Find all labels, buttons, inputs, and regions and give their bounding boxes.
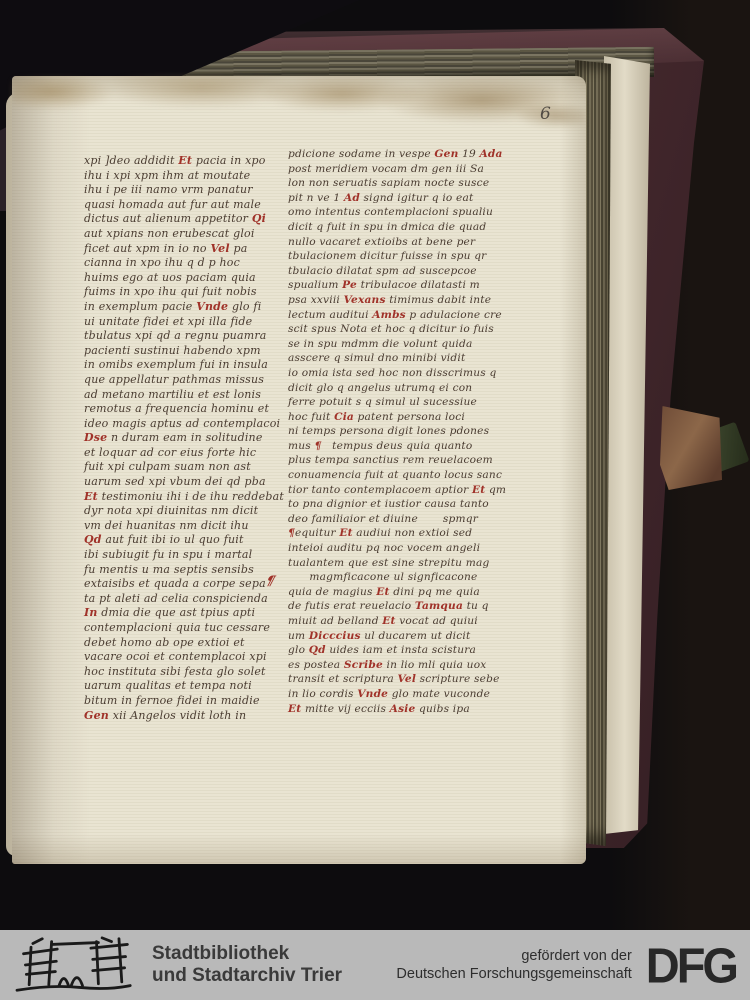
manuscript-text-line: vm dei huanitas nm dicit ihu	[84, 519, 290, 534]
manuscript-text-line: magmficacone ul signficacone	[288, 571, 526, 586]
manuscript-text-line: um Dicccius ul ducarem ut dicit	[288, 630, 526, 645]
manuscript-text-line: tbulacio dilatat spm ad suscepcoe	[288, 265, 526, 280]
manuscript-text-line: pit n ve 1 Ad signd igitur q io eat	[288, 192, 526, 207]
manuscript-text-line: miuit ad belland Et vocat ad quiui	[288, 615, 526, 630]
dfg-logo: DFG	[646, 936, 736, 993]
manuscript-text-line: in exemplum pacie Vnde glo fi	[84, 300, 290, 315]
manuscript-text-line: pdicione sodame in vespe Gen 19 Ada	[288, 148, 526, 163]
manuscript-text-line: in omibs exemplum fui in insula	[84, 358, 290, 373]
manuscript-text-line: ideo magis aptus ad contemplacoi	[84, 417, 290, 432]
text-column-left: xpi ]deo addidit Et pacia in xpoihu i xp…	[84, 154, 290, 723]
manuscript-text-line: ibi subiugit fu in spu i martal	[84, 548, 290, 563]
manuscript-text-line: spualium Pe tribulacoe dilatasti m	[288, 279, 526, 294]
manuscript-text-line: lon non seruatis sapiam nocte susce	[288, 177, 526, 192]
porta-nigra-sketch-icon	[14, 936, 136, 994]
manuscript-text-line: xpi ]deo addidit Et pacia in xpo	[84, 154, 290, 169]
manuscript-text-line: fuit xpi culpam suam non ast	[84, 460, 290, 475]
manuscript-text-line: tior tanto contemplacoem aptior Et qm	[288, 484, 526, 499]
manuscript-text-line: dicit q fuit in spu in dmica die quad	[288, 221, 526, 236]
manuscript-text-line: remotus a frequencia hominu et	[84, 402, 290, 417]
manuscript-text-line: Et testimoniu ihi i de ihu reddebat	[84, 490, 290, 505]
manuscript-text-line: et loquar ad cor eius forte hic	[84, 446, 290, 461]
manuscript-text-line: dyr nota xpi diuinitas nm dicit	[84, 504, 290, 519]
manuscript-text-line: post meridiem vocam dm gen iii Sa	[288, 163, 526, 178]
manuscript-text-line: psa xxviii Vexans timimus dabit inte	[288, 294, 526, 309]
manuscript-text-line: que appellatur pathmas missus	[84, 373, 290, 388]
book-clasp-strap	[660, 406, 722, 490]
manuscript-text-line: scit spus Nota et hoc q dicitur io fuis	[288, 323, 526, 338]
footer-banner: Stadtbibliothek und Stadtarchiv Trier ge…	[0, 930, 750, 1000]
manuscript-text-line: fuims in xpo ihu qui fuit nobis	[84, 285, 290, 300]
manuscript-text-line: tbulatus xpi qd a regnu puamra	[84, 329, 290, 344]
manuscript-text-line: vacare ocoi et contemplacoi xpi	[84, 650, 290, 665]
funding-line1: gefördert von der	[396, 947, 631, 965]
manuscript-text-line: ui unitate fidei et xpi illa fide	[84, 315, 290, 330]
manuscript-text-line: In dmia die que ast tpius apti	[84, 606, 290, 621]
manuscript-text-line: se in spu mdmm die volunt quida	[288, 338, 526, 353]
library-name-line1: Stadtbibliothek	[152, 943, 342, 965]
manuscript-text-line: mus ¶ tempus deus quia quanto	[288, 440, 526, 455]
manuscript-text-line: ihu i pe iii namo vrm panatur	[84, 183, 290, 198]
manuscript-text-line: es postea Scribe in lio mli quia uox	[288, 659, 526, 674]
manuscript-text-line: ad metano martiliu et est lonis	[84, 388, 290, 403]
manuscript-text-line: plus tempa sanctius rem reuelacoem	[288, 454, 526, 469]
manuscript-page: 6 xpi ]deo addidit Et pacia in xpoihu i …	[12, 76, 586, 864]
manuscript-text-line: pacienti sustinui habendo xpm	[84, 344, 290, 359]
manuscript-text-line: dicit glo q angelus utrumq ei con	[288, 382, 526, 397]
manuscript-text-line: io omia ista sed hoc non disscrimus q	[288, 367, 526, 382]
manuscript-text-line: ferre potuit s q simul ul sucessiue	[288, 396, 526, 411]
manuscript-text-line: hoc instituta sibi festa glo solet	[84, 665, 290, 680]
manuscript-text-line: asscere q simul dno minibi vidit	[288, 352, 526, 367]
water-stain	[12, 76, 586, 156]
manuscript-text-line: uarum sed xpi vbum dei qd pba	[84, 475, 290, 490]
funding-line2: Deutschen Forschungsgemeinschaft	[396, 965, 631, 983]
manuscript-text-line: tbulacionem dicitur fuisse in spu qr	[288, 250, 526, 265]
library-name-line2: und Stadtarchiv Trier	[152, 965, 342, 987]
manuscript-text-line: tualantem que est sine strepitu mag	[288, 557, 526, 572]
manuscript-text-line: quia de magius Et dini pq me quia	[288, 586, 526, 601]
manuscript-text-line: deo familiaior et diuine spmqr	[288, 513, 526, 528]
manuscript-text-line: fu mentis u ma septis sensibs	[84, 563, 290, 578]
folio-number: 6	[540, 104, 551, 124]
library-name: Stadtbibliothek und Stadtarchiv Trier	[152, 943, 342, 987]
manuscript-text-line: conuamencia fuit at quanto locus sanc	[288, 469, 526, 484]
manuscript-text-line: uarum qualitas et tempa noti	[84, 679, 290, 694]
manuscript-text-line: Dse n duram eam in solitudine	[84, 431, 290, 446]
manuscript-text-line: hoc fuit Cia patent persona loci	[288, 411, 526, 426]
manuscript-text-line: ta pt aleti ad celia conspicienda	[84, 592, 290, 607]
manuscript-text-line: Gen xii Angelos vidit loth in	[84, 709, 290, 724]
manuscript-text-line: Et mitte vij ecciis Asie quibs ipa	[288, 703, 526, 718]
manuscript-text-line: quasi homada aut fur aut male	[84, 198, 290, 213]
manuscript-text-line: extaisibs et quada a corpe sepa	[84, 577, 290, 592]
manuscript-text-line: huims ego at uos paciam quia	[84, 271, 290, 286]
manuscript-text-line: cianna in xpo ihu q d p hoc	[84, 256, 290, 271]
manuscript-text-line: in lio cordis Vnde glo mate vuconde	[288, 688, 526, 703]
manuscript-text-line: contemplacioni quia tuc cessare	[84, 621, 290, 636]
manuscript-text-line: ¶equitur Et audiui non extioi sed	[288, 527, 526, 542]
manuscript-text-line: ficet aut xpm in io no Vel pa	[84, 242, 290, 257]
manuscript-text-line: debet homo ab ope extioi et	[84, 636, 290, 651]
manuscript-text-line: ni temps persona digit lones pdones	[288, 425, 526, 440]
manuscript-text-line: de futis erat reuelacio Tamqua tu q	[288, 600, 526, 615]
manuscript-text-line: aut xpians non erubescat gloi	[84, 227, 290, 242]
manuscript-text-line: lectum auditui Ambs p adulacione cre	[288, 309, 526, 324]
digitized-manuscript-photo: 6 xpi ]deo addidit Et pacia in xpoihu i …	[0, 0, 750, 1000]
manuscript-text-line: ihu i xpi xpm ihm at moutate	[84, 169, 290, 184]
manuscript-text-line: transit et scriptura Vel scripture sebe	[288, 673, 526, 688]
manuscript-text-line: to pna dignior et iustior causa tanto	[288, 498, 526, 513]
manuscript-text-line: omo intentus contemplacioni spualiu	[288, 206, 526, 221]
manuscript-text-line: glo Qd uides iam et insta scistura	[288, 644, 526, 659]
manuscript-text-line: dictus aut alienum appetitor Qi	[84, 212, 290, 227]
manuscript-text-line: nullo vacaret extioibs at bene per	[288, 236, 526, 251]
manuscript-text-line: bitum in fernoe fidei in maidie	[84, 694, 290, 709]
manuscript-text-line: Qd aut fuit ibi io ul quo fuit	[84, 533, 290, 548]
text-column-right: pdicione sodame in vespe Gen 19 Adapost …	[288, 148, 526, 717]
manuscript-text-line: inteioi auditu pq noc vocem angeli	[288, 542, 526, 557]
funding-credit: gefördert von der Deutschen Forschungsge…	[396, 947, 631, 983]
